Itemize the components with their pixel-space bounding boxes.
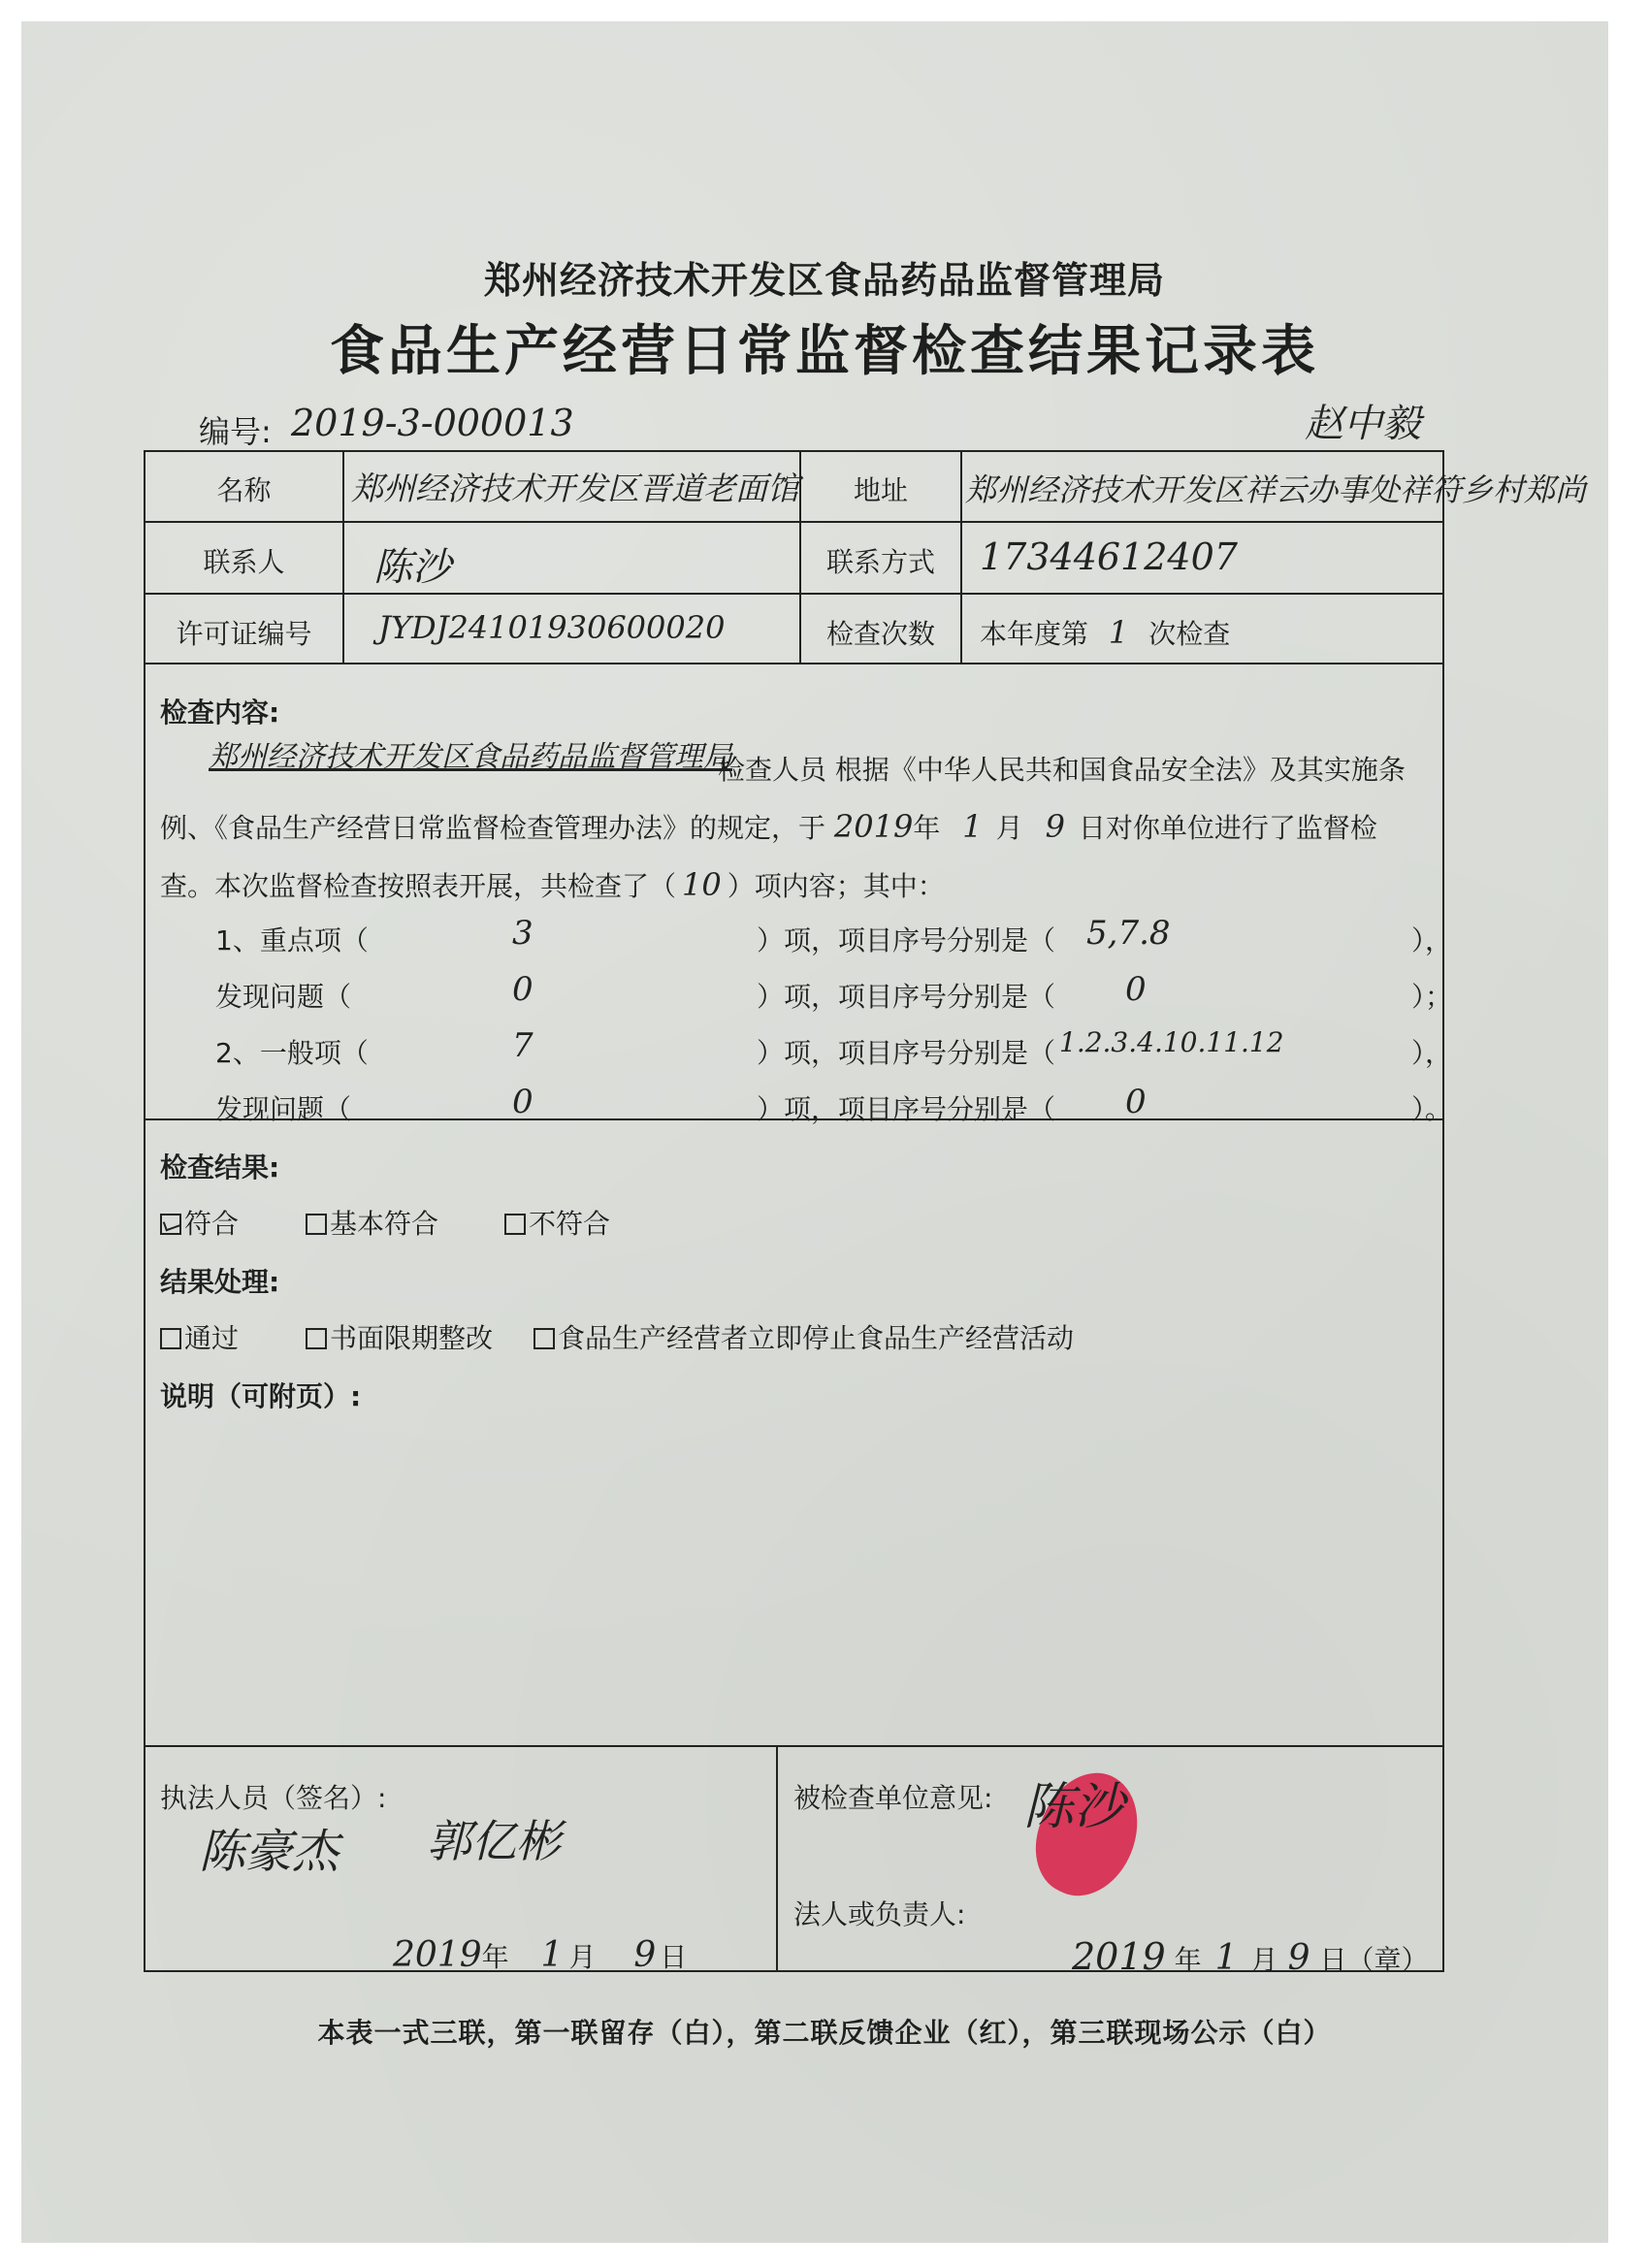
checked-checkbox-icon[interactable] — [160, 1214, 181, 1235]
item-row-label: 发现问题（ — [215, 1088, 351, 1127]
officer-date: 2019年 1月 9日 — [393, 1935, 687, 1975]
item-row-label: 发现问题（ — [215, 976, 351, 1015]
inspection-result-title: 检查结果: — [160, 1147, 279, 1185]
line3-suffix: ）项内容；其中： — [727, 870, 945, 902]
phone-value: 17344612407 — [980, 535, 1238, 578]
month-unit: 月 — [996, 812, 1023, 844]
item-row-count: 3 — [512, 914, 533, 953]
line2-suffix: 日对你单位进行了监督检 — [1079, 812, 1377, 844]
option-label: 基本符合 — [330, 1208, 438, 1240]
organization-name: 郑州经济技术开发区食品药品监督管理局 — [0, 250, 1649, 304]
option-1[interactable]: 基本符合 — [306, 1203, 438, 1242]
option-1[interactable]: 书面限期整改 — [306, 1317, 493, 1356]
inspection-line-2: 例、《食品生产经营日常监督检查管理办法》的规定，于 2019年 1月 9日对你单… — [160, 807, 1377, 846]
item-row-end: ）。 — [1411, 1088, 1452, 1127]
option-2[interactable]: 不符合 — [504, 1203, 610, 1242]
option-label: 通过 — [184, 1322, 239, 1354]
corner-handwritten-name: 赵中毅 — [1305, 393, 1421, 448]
item-row-mid: ）项，项目序号分别是（ — [757, 1088, 1055, 1127]
officer-date-month: 1 — [518, 1935, 569, 1975]
phone-label: 联系方式 — [801, 541, 960, 580]
unit-date-year: 2019 — [1072, 1935, 1166, 1978]
row-divider — [144, 593, 1444, 595]
item-row-end: ）， — [1411, 920, 1452, 958]
address-value: 郑州经济技术开发区祥云办事处祥符乡村郑尚 — [965, 466, 1586, 510]
unit-opinion-signature: 陈沙 — [1023, 1766, 1124, 1838]
license-value: JYDJ24101930600020 — [378, 609, 725, 646]
col-divider — [960, 450, 962, 664]
result-handling-title: 结果处理: — [160, 1261, 279, 1300]
inspection-day: 9 — [1032, 808, 1079, 845]
officers-label: 执法人员（签名）: — [160, 1777, 386, 1816]
checkbox-icon[interactable] — [533, 1328, 555, 1349]
checkbox-icon[interactable] — [306, 1328, 327, 1349]
row-divider — [144, 521, 1444, 523]
item-row-mid: ）项，项目序号分别是（ — [757, 1032, 1055, 1071]
inspection-count-suffix: 次检查 — [1148, 618, 1230, 650]
inspection-month: 1 — [949, 808, 995, 845]
option-label: 符合 — [184, 1208, 239, 1240]
col-divider — [342, 450, 344, 664]
month-unit: 月 — [1251, 1944, 1278, 1976]
item-row-label: 2、一般项（ — [215, 1032, 369, 1071]
inspection-year: 2019 — [834, 808, 913, 845]
inspection-agency-handwritten: 郑州经济技术开发区食品药品监督管理局 — [209, 732, 732, 775]
inspection-content-title: 检查内容: — [160, 692, 279, 730]
item-row-end: ）； — [1411, 976, 1452, 1015]
line2-prefix: 例、《食品生产经营日常监督检查管理办法》的规定，于 — [160, 812, 825, 844]
option-label: 不符合 — [529, 1208, 610, 1240]
unit-opinion-label: 被检查单位意见: — [793, 1777, 992, 1816]
footer-note: 本表一式三联，第一联留存（白），第二联反馈企业（红），第三联现场公示（白） — [0, 2012, 1649, 2051]
officer-date-year: 2019 — [393, 1935, 482, 1975]
contact-label: 联系人 — [145, 541, 342, 580]
month-unit: 月 — [568, 1941, 596, 1973]
checkbox-icon[interactable] — [306, 1214, 327, 1235]
section-divider — [144, 1118, 1444, 1120]
item-row-mid: ）项，项目序号分别是（ — [757, 976, 1055, 1015]
unit-date-seal: 日（章） — [1319, 1944, 1428, 1976]
option-label: 书面限期整改 — [330, 1322, 493, 1354]
item-row-mid: ）项，项目序号分别是（ — [757, 920, 1055, 958]
checkbox-icon[interactable] — [504, 1214, 526, 1235]
unit-date-day: 9 — [1278, 1938, 1320, 1978]
year-unit: 年 — [1175, 1944, 1202, 1976]
item-row-count: 0 — [512, 1083, 533, 1121]
year-unit: 年 — [482, 1941, 509, 1973]
name-label: 名称 — [145, 470, 342, 508]
notes-field[interactable] — [160, 1416, 1421, 1727]
notes-label: 说明（可附页）: — [160, 1376, 361, 1414]
unit-date: 2019 年1月9日（章） — [1072, 1935, 1428, 1978]
option-0[interactable]: 通过 — [160, 1317, 239, 1356]
form-title: 食品生产经营日常监督检查结果记录表 — [0, 308, 1649, 386]
inspection-count-value: 1 — [1097, 614, 1140, 651]
row-divider — [144, 663, 1444, 664]
checkbox-icon[interactable] — [160, 1328, 181, 1349]
inspection-count-label: 检查次数 — [801, 613, 960, 652]
serial-number: 2019-3-000013 — [291, 402, 574, 444]
option-label: 食品生产经营者立即停止食品生产经营活动 — [558, 1322, 1074, 1354]
contact-value: 陈沙 — [373, 536, 451, 592]
day-unit: 日 — [660, 1941, 687, 1973]
option-2[interactable]: 食品生产经营者立即停止食品生产经营活动 — [533, 1317, 1074, 1356]
item-row-label: 1、重点项（ — [215, 920, 369, 958]
signature-divider — [776, 1745, 778, 1972]
license-label: 许可证编号 — [145, 613, 342, 652]
inspection-count-prefix: 本年度第 — [980, 618, 1088, 650]
officer-date-day: 9 — [604, 1935, 660, 1975]
item-row-numbers: 0 — [1125, 970, 1147, 1009]
item-row-count: 0 — [512, 970, 533, 1009]
legal-person-label: 法人或负责人: — [793, 1894, 965, 1932]
year-unit: 年 — [913, 812, 940, 844]
item-row-numbers: 1.2.3.4.10.11.12 — [1059, 1026, 1284, 1058]
officer-signature-2: 郭亿彬 — [427, 1806, 561, 1870]
section-divider — [144, 1745, 1444, 1747]
inspection-line-1: 检查人员 根据《中华人民共和国食品安全法》及其实施条 — [718, 749, 1406, 788]
address-label: 地址 — [801, 470, 960, 508]
item-row-end: ）， — [1411, 1032, 1452, 1071]
inspection-count: 本年度第 1 次检查 — [980, 613, 1230, 652]
item-row-numbers: 5,7.8 — [1086, 914, 1171, 953]
option-0[interactable]: 符合 — [160, 1203, 239, 1242]
item-row-count: 7 — [512, 1026, 533, 1065]
name-value: 郑州经济技术开发区晋道老面馆 — [351, 464, 799, 509]
unit-date-month: 1 — [1202, 1938, 1251, 1978]
serial-label: 编号: — [199, 407, 272, 452]
officer-signature-1: 陈豪杰 — [199, 1814, 339, 1881]
total-items: 10 — [676, 866, 727, 903]
item-row-numbers: 0 — [1125, 1083, 1147, 1121]
line3-prefix: 查。本次监督检查按照表开展，共检查了（ — [160, 870, 676, 902]
inspection-line-3: 查。本次监督检查按照表开展，共检查了（10）项内容；其中： — [160, 865, 945, 904]
